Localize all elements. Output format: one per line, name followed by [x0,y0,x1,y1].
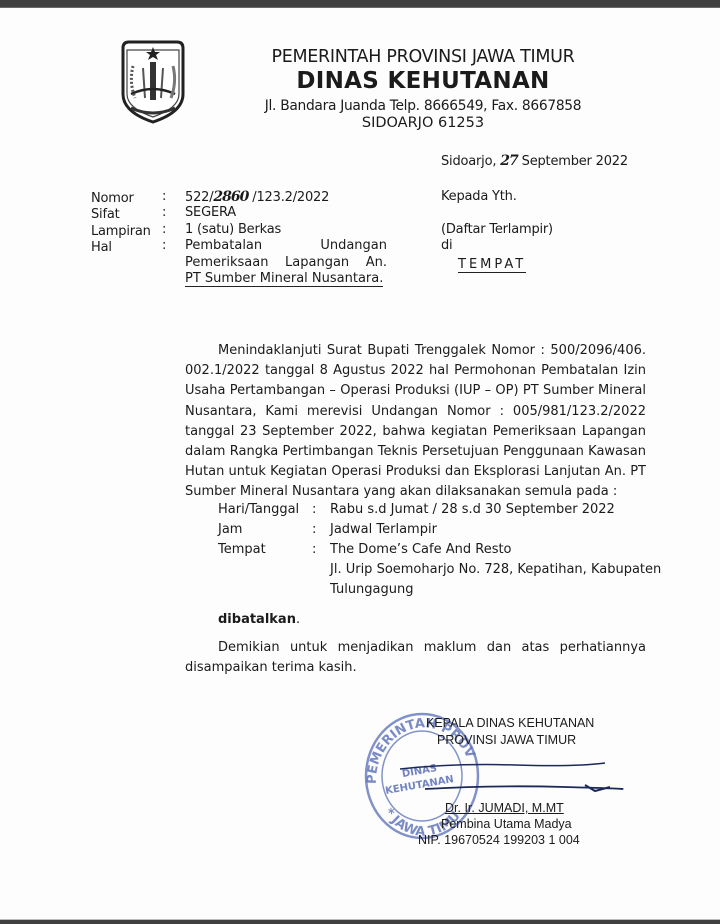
letterhead-city: SIDOARJO 61253 [238,115,608,131]
recipient-greeting: Kepada Yth. [441,189,517,204]
closing-text: Demikian untuk menjadikan maklum dan ata… [185,638,646,678]
sifat-label: Sifat [91,207,120,222]
detail-label-time: Jam [218,522,242,537]
detail-address-line-1: Jl. Urip Soemoharjo No. 728, Kepatihan, … [330,562,661,577]
city: Sidoarjo, [441,154,496,169]
detail-colon: : [312,542,316,557]
handwritten-number: 2860 [213,189,248,205]
detail-value-date: Rabu s.d Jumat / 28 s.d 30 September 202… [330,502,615,517]
signatory-nip: NIP. 19670524 199203 1 004 [418,833,580,847]
cancelled-word: dibatalkan [218,612,296,627]
hal-colon: : [162,238,166,253]
detail-value-time: Jadwal Terlampir [330,522,437,537]
body-paragraph-1: Menindaklanjuti Surat Bupati Trenggalek … [185,341,646,503]
hal-line-3: PT Sumber Mineral Nusantara. [185,271,383,287]
nomor-colon: : [162,189,166,204]
letterhead-government: PEMERINTAH PROVINSI JAWA TIMUR [238,47,608,67]
lampiran-label: Lampiran [91,224,151,239]
sifat-colon: : [162,205,166,220]
closing-paragraph: Demikian untuk menjadikan maklum dan ata… [185,638,646,678]
signatory-title-1: KEPALA DINAS KEHUTANAN [426,716,594,730]
recipient-place: TEMPAT [458,258,526,273]
recipient-name: (Daftar Terlampir) [441,222,553,237]
hal-value: Pembatalan Undangan Pemeriksaan Lapangan… [185,238,387,288]
nomor-suffix: /123.2/2022 [248,190,329,205]
detail-value-place: The Dome’s Cafe And Resto [330,542,512,557]
detail-colon: : [312,522,316,537]
viewer-bottom-bar [0,919,720,924]
hal-line-1: Pembatalan Undangan [185,238,387,255]
viewer-top-bar [0,0,720,8]
cancelled-statement: dibatalkan. [218,612,300,627]
coat-of-arms-icon [117,38,189,124]
hal-line-2: Pemeriksaan Lapangan An. [185,255,387,272]
recipient-di: di [441,238,452,253]
month-year: September 2022 [522,154,628,169]
detail-label-place: Tempat [218,542,266,557]
handwritten-signature-icon [395,755,625,795]
letter-body: Menindaklanjuti Surat Bupati Trenggalek … [185,341,646,503]
lampiran-value: 1 (satu) Berkas [185,222,281,237]
signatory-rank: Pembina Utama Madya [441,817,572,831]
place-date: Sidoarjo, 27 September 2022 [441,153,628,169]
detail-label-date: Hari/Tanggal [218,502,299,517]
signatory-name: Dr. Ir. JUMADI, M.MT [445,801,564,815]
signatory-title-2: PROVINSI JAWA TIMUR [437,733,576,747]
letterhead-agency: DINAS KEHUTANAN [238,68,608,94]
nomor-value: 522/2860 /123.2/2022 [185,189,329,205]
cancelled-period: . [296,612,300,627]
nomor-label: Nomor [91,191,134,206]
detail-address-line-2: Tulungagung [330,582,414,597]
nomor-prefix: 522/ [185,190,213,205]
sifat-value: SEGERA [185,205,236,220]
letterhead-address: Jl. Bandara Juanda Telp. 8666549, Fax. 8… [238,98,608,114]
detail-colon: : [312,502,316,517]
lampiran-colon: : [162,222,166,237]
hal-label: Hal [91,240,112,255]
handwritten-day: 27 [500,153,517,169]
